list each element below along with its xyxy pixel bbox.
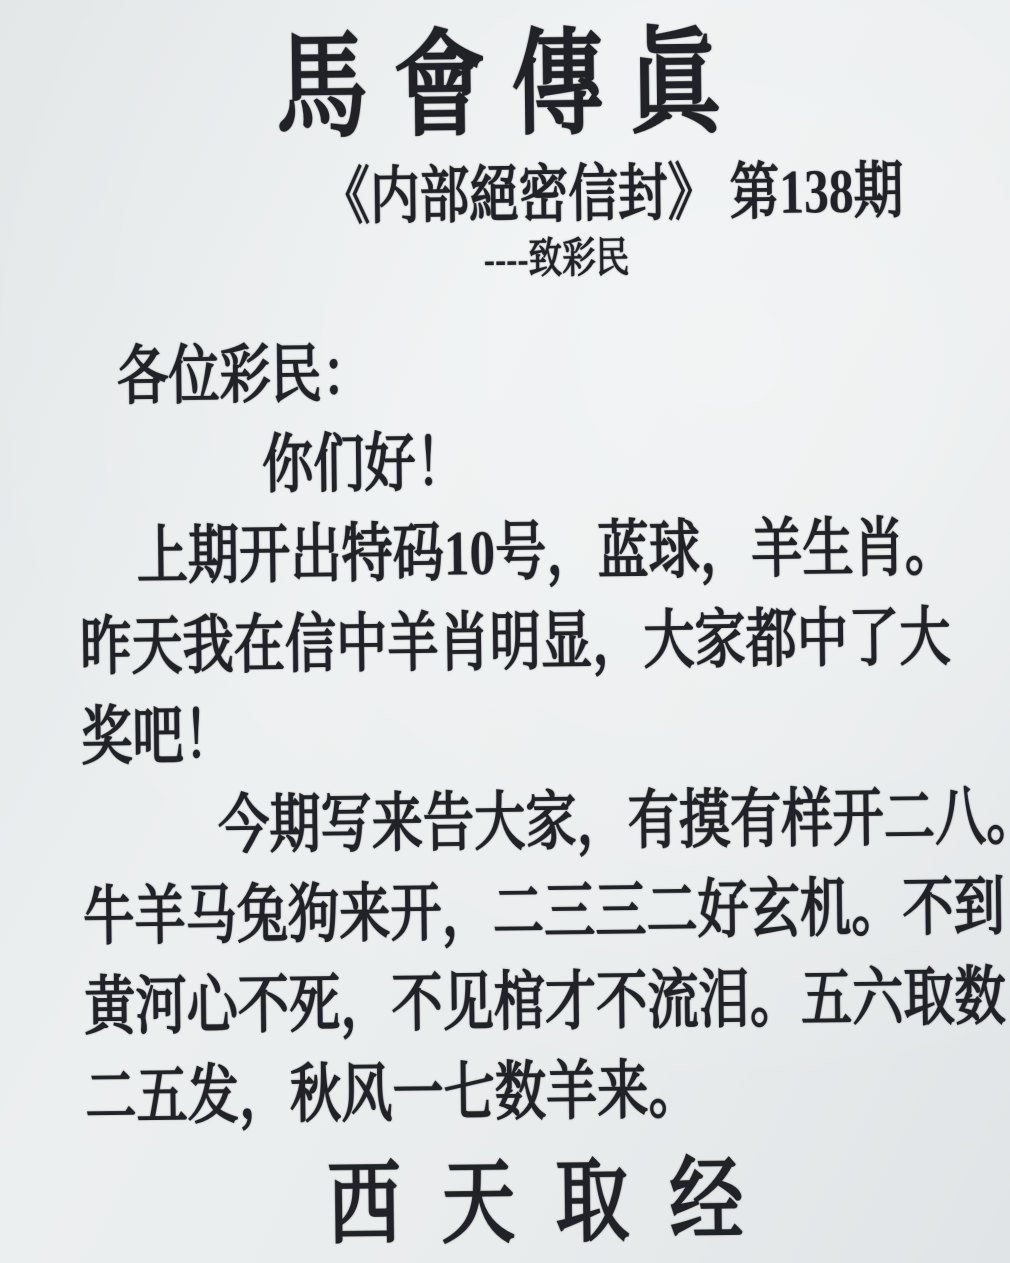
issue-line: 《内部絕密信封》 第138期	[107, 153, 1010, 236]
dedication-line: ----致彩民	[51, 226, 1010, 293]
greeting: 你们好！	[78, 413, 980, 513]
masthead-title: 馬會傳眞	[0, 14, 1004, 157]
scan-tilt-wrapper: 馬會傳眞 《内部絕密信封》 第138期 ----致彩民 各位彩民： 你们好！ 上…	[0, 0, 1010, 1263]
condensed-glyph-wrapper: 馬會傳眞 《内部絕密信封》 第138期 ----致彩民 各位彩民： 你们好！ 上…	[0, 0, 1010, 1262]
body-line: 奖吧！	[81, 683, 983, 783]
letter-body: 各位彩民： 你们好！ 上期开出特码10号，蓝球，羊生肖。 昨天我在信中羊肖明显，…	[0, 322, 1010, 1143]
salutation: 各位彩民：	[77, 323, 979, 423]
body-line: 二五发，秋风一七数羊来。	[85, 1043, 987, 1143]
body-line: 上期开出特码10号，蓝球，羊生肖。	[79, 503, 981, 603]
body-line: 昨天我在信中羊肖明显，大家都中了大	[80, 593, 982, 693]
fax-sheet: 馬會傳眞 《内部絕密信封》 第138期 ----致彩民 各位彩民： 你们好！ 上…	[0, 0, 1010, 1262]
footer-slogan: 西天取经	[30, 1144, 1010, 1261]
body-line: 牛羊马兔狗来开，二三三二好玄机。不到	[83, 863, 985, 963]
body-line: 黄河心不死，不见棺才不流泪。五六取数	[84, 953, 986, 1053]
body-line: 今期写来告大家，有摸有样开二八。	[82, 773, 984, 873]
